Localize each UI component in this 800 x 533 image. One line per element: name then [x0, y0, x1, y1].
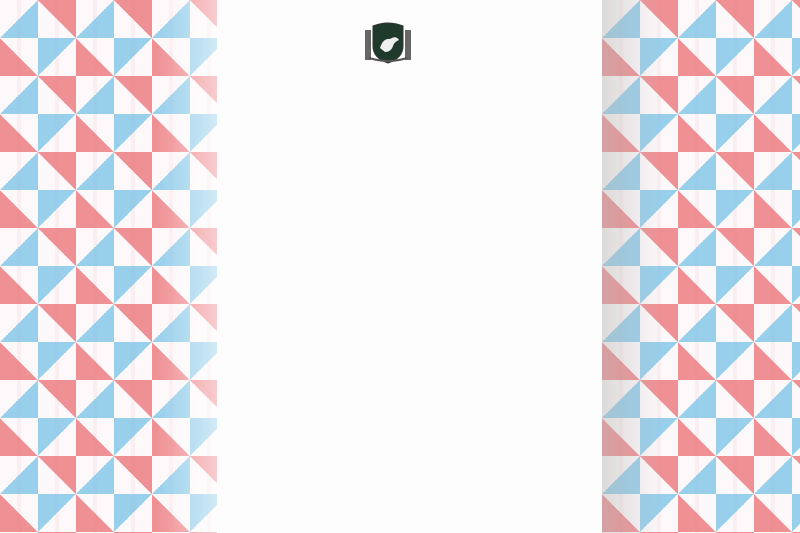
decorative-background-right	[602, 0, 800, 533]
letter-page	[217, 0, 602, 533]
crimea-coat-of-arms-icon	[363, 22, 413, 64]
decorative-background-left	[0, 0, 217, 533]
